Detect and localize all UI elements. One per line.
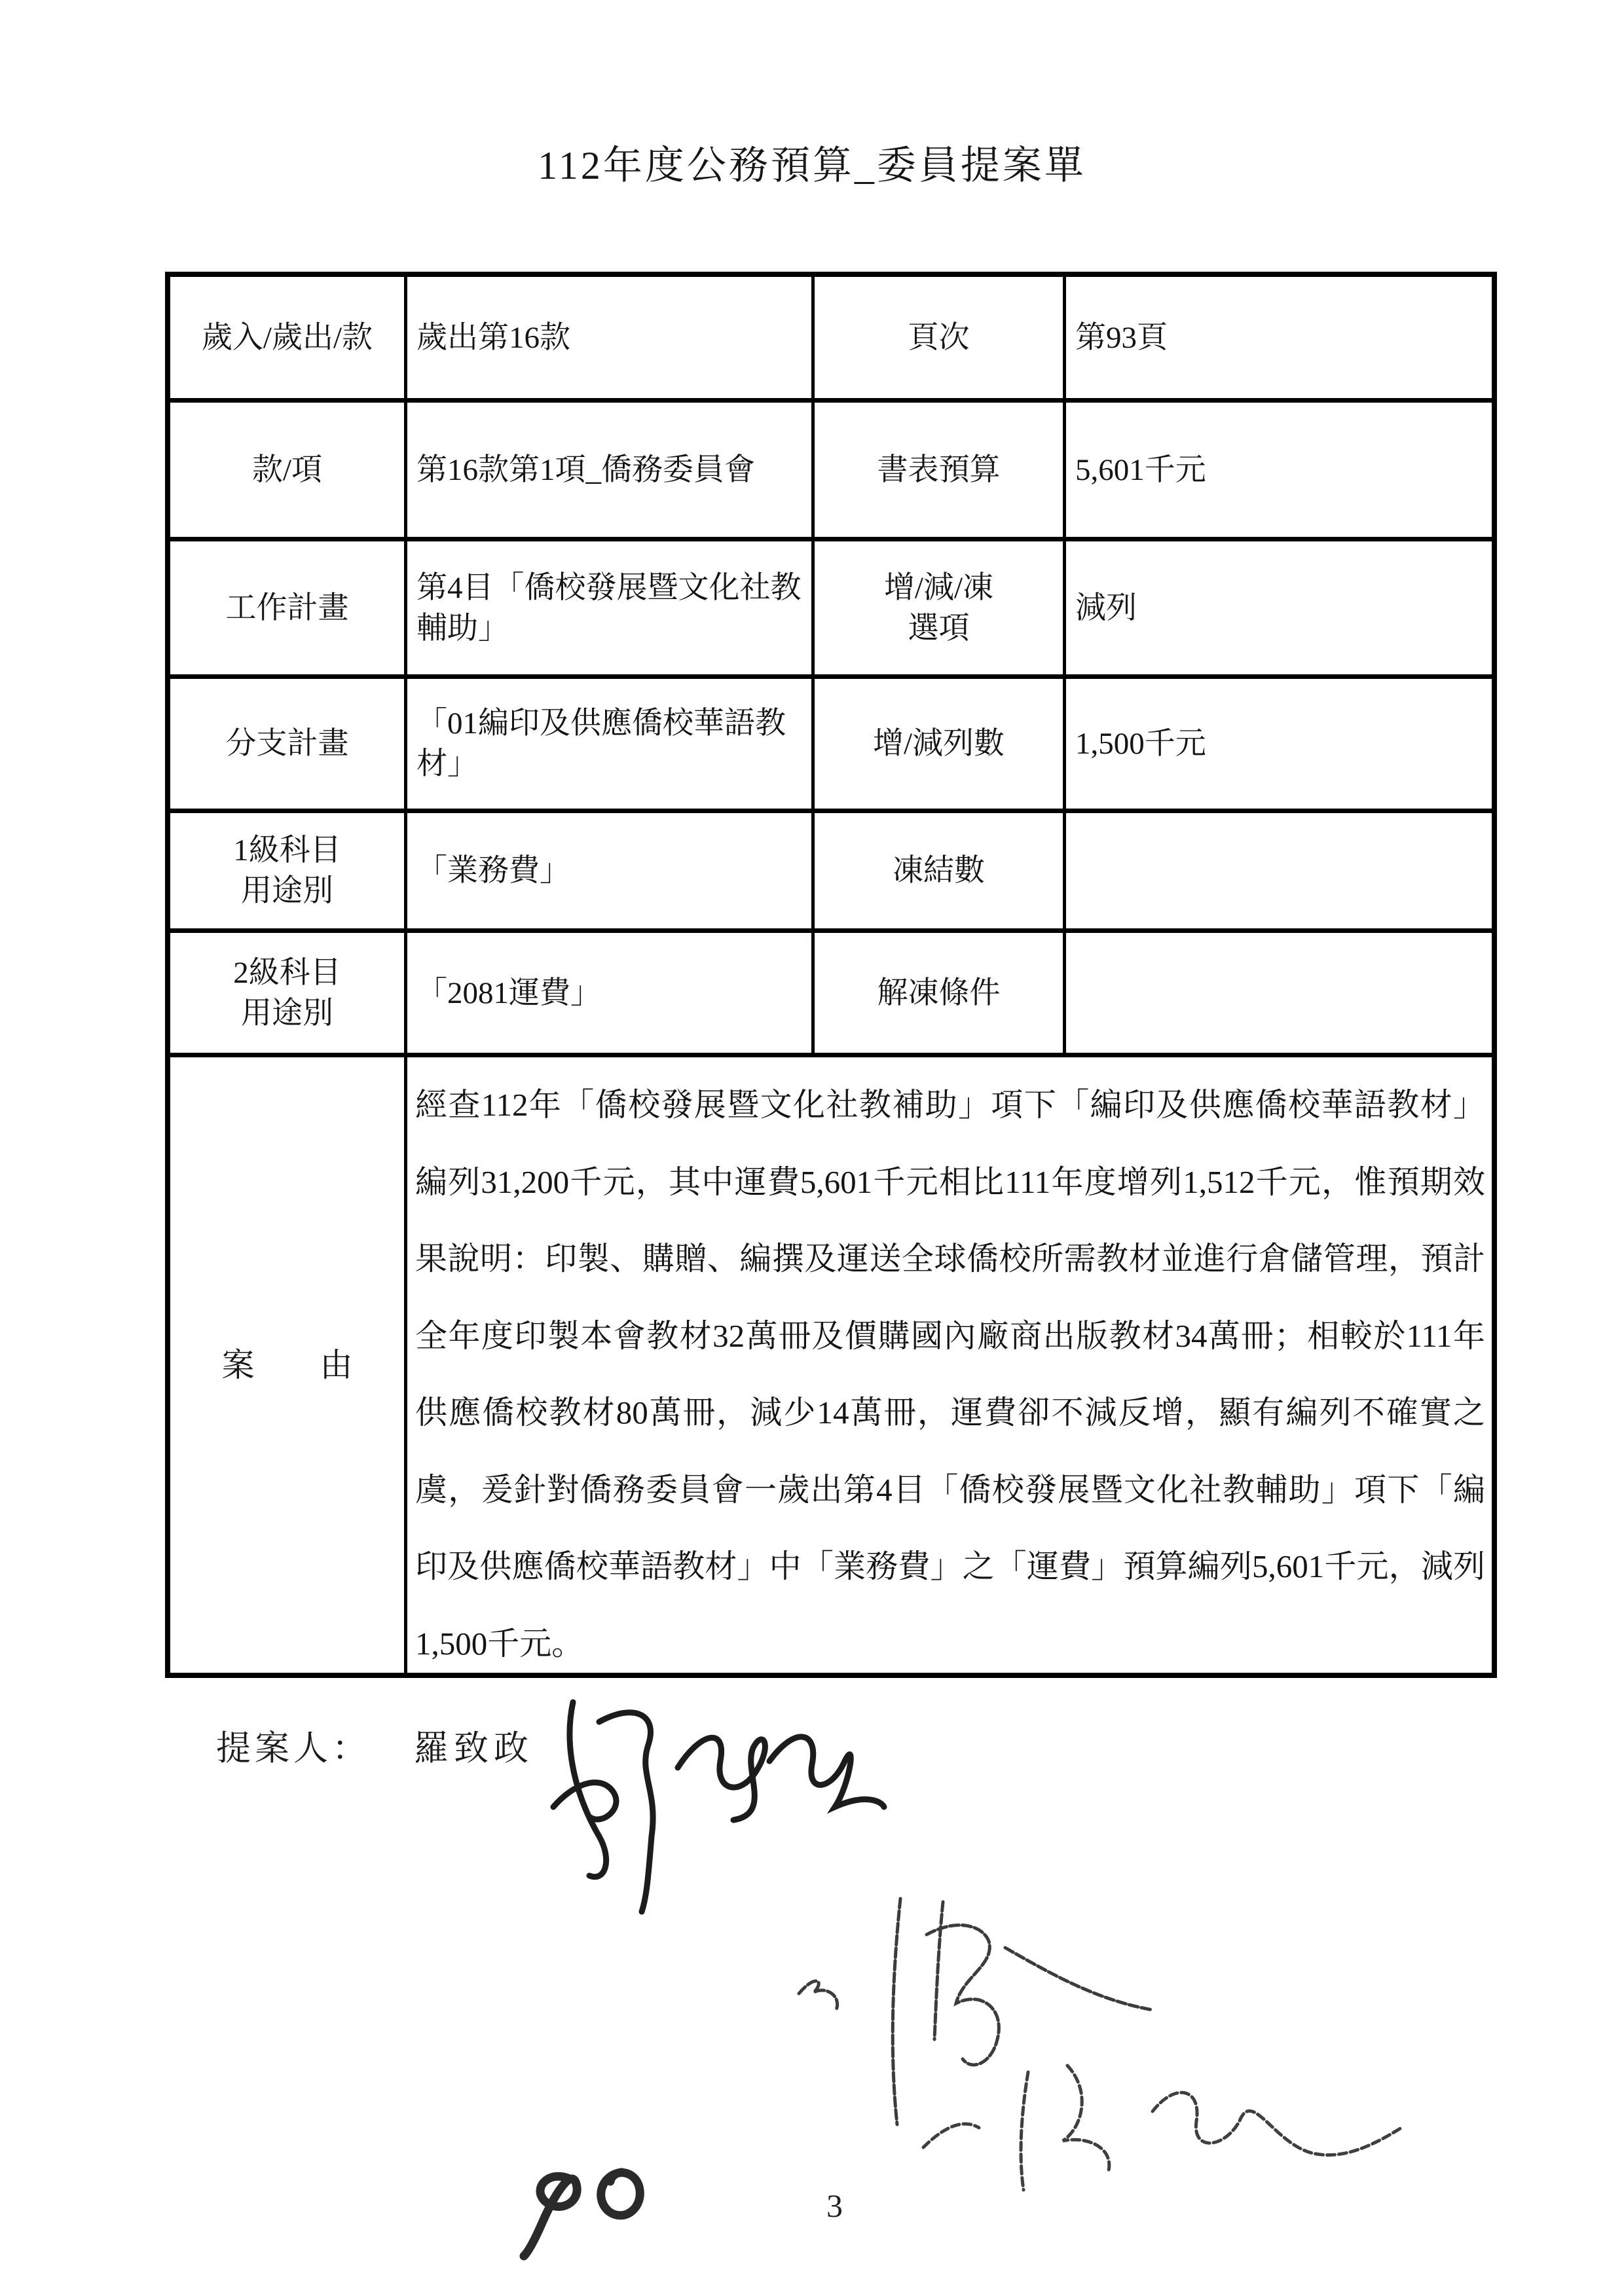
row-value-level2-subject: 「2081運費」 — [407, 933, 815, 1057]
row-value-work-plan: 第4目「僑校發展暨文化社教輔助」 — [407, 541, 815, 679]
row-value-sub-plan: 「01編印及供應僑校華語教材」 — [407, 679, 815, 813]
proposal-table: 歲入/歲出/款 歲出第16款 頁次 第93頁 款/項 第16款第1項_僑務委員會… — [165, 272, 1497, 1678]
row-label-level2-subject: 2級科目 用途別 — [170, 933, 407, 1057]
row-label-adjust-option: 增/減/凍 選項 — [815, 541, 1066, 679]
row-label-work-plan: 工作計畫 — [170, 541, 407, 679]
row-value-level1-subject: 「業務費」 — [407, 813, 815, 933]
row-value-book-budget: 5,601千元 — [1066, 403, 1492, 541]
scanned-proposal-form: 112年度公務預算_委員提案單 歲入/歲出/款 歲出第16款 頁次 第93頁 款… — [0, 0, 1624, 2296]
row-label-item: 款/項 — [170, 403, 407, 541]
row-label-sub-plan: 分支計畫 — [170, 679, 407, 813]
case-description-cell: 經查112年「僑校發展暨文化社教補助」項下「編印及供應僑校華語教材」編列31,2… — [407, 1057, 1492, 1673]
proposer-line: 提案人：羅致政 — [216, 1721, 534, 1770]
row-label-adjust-amount: 增/減列數 — [815, 679, 1066, 813]
row-label-revenue-expenditure: 歲入/歲出/款 — [170, 277, 407, 403]
cosigner-signature-2 — [913, 2049, 1411, 2200]
row-value-adjust-amount: 1,500千元 — [1066, 679, 1492, 813]
row-value-adjust-option: 減列 — [1066, 541, 1492, 679]
row-label-case-subject: 案 由 — [170, 1057, 407, 1673]
proposer-label: 提案人： — [216, 1730, 371, 1768]
row-label-book-budget: 書表預算 — [815, 403, 1066, 541]
row-label-unfreeze-condition: 解凍條件 — [815, 933, 1066, 1057]
row-value-page-index: 第93頁 — [1066, 277, 1492, 403]
handwritten-note-90 — [517, 2160, 661, 2272]
row-label-frozen-amount: 凍結數 — [815, 813, 1066, 933]
case-description-text: 經查112年「僑校發展暨文化社教補助」項下「編印及供應僑校華語教材」編列31,2… — [415, 1066, 1485, 1673]
row-value-item: 第16款第1項_僑務委員會 — [407, 403, 815, 541]
row-label-level1-subject: 1級科目 用途別 — [170, 813, 407, 933]
row-label-page-index: 頁次 — [815, 277, 1066, 403]
row-value-unfreeze-condition — [1066, 933, 1492, 1057]
row-value-frozen-amount — [1066, 813, 1492, 933]
proposer-name: 羅致政 — [414, 1730, 534, 1768]
page-number: 3 — [826, 2187, 843, 2225]
page-title: 112年度公務預算_委員提案單 — [0, 134, 1624, 191]
row-value-revenue-expenditure: 歲出第16款 — [407, 277, 815, 403]
